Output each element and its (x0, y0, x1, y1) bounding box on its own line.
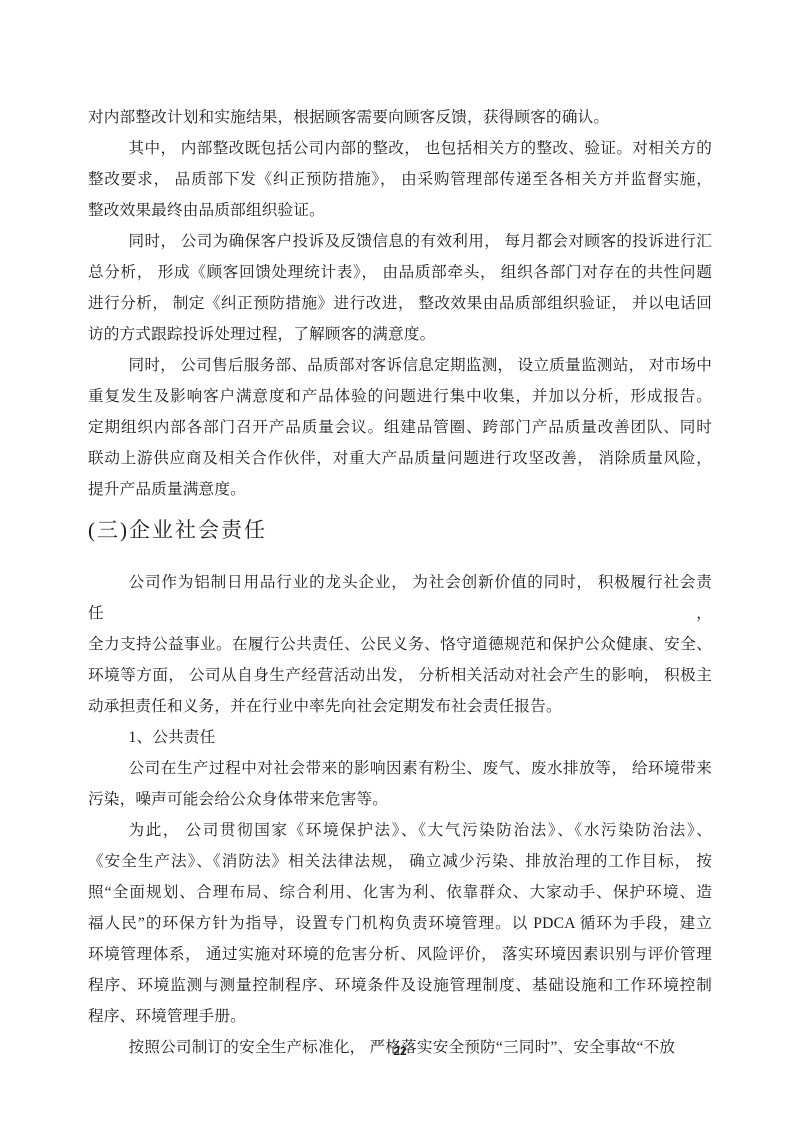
text-line: 照“全面规划、合理布局、综合利用、化害为利、依靠群众、大家动手、保护环境、造 (88, 877, 712, 908)
text-line: 进行分析， 制定《纠正预防措施》进行改进， 整改效果由品质部组织验证， 并以电话… (88, 288, 712, 319)
paragraph: 同时， 公司售后服务部、品质部对客诉信息定期监测， 设立质量监测站， 对市场中重… (88, 350, 712, 505)
paragraph: 为此， 公司贯彻国家《环境保护法》、《大气污染防治法》、《水污染防治法》、《安全… (88, 815, 712, 1032)
text-line: 《安全生产法》、《消防法》相关法律法规， 确立减少污染、排放治理的工作目标， 按 (88, 846, 712, 877)
text-line: 程序、环境监测与测量控制程序、环境条件及设施管理制度、基础设施和工作环境控制 (88, 970, 712, 1001)
page-number: 22 (393, 1044, 406, 1058)
text-line: 福人民”的环保方针为指导，设置专门机构负责环境管理。以 PDCA 循环为手段，建… (88, 908, 712, 939)
text-line: 动承担责任和义务，并在行业中率先向社会定期发布社会责任报告。 (88, 691, 712, 722)
document-page: 对内部整改计划和实施结果，根据顾客需要向顾客反馈，获得顾客的确认。其中， 内部整… (0, 0, 800, 1131)
paragraph: 同时， 公司为确保客户投诉及反馈信息的有效利用， 每月都会对顾客的投诉进行汇总分… (88, 226, 712, 350)
text-line: 重复发生及影响客户满意度和产品体验的问题进行集中收集，并加以分析，形成报告。 (88, 381, 712, 412)
text-line: 环境等方面， 公司从自身生产经营活动出发， 分析相关活动对社会产生的影响， 积极… (88, 660, 712, 691)
text-line: 对内部整改计划和实施结果，根据顾客需要向顾客反馈，获得顾客的确认。 (88, 102, 712, 133)
text-line: 环境管理体系， 通过实施对环境的危害分析、风险评价， 落实环境因素识别与评价管理 (88, 939, 712, 970)
text-line: 为此， 公司贯彻国家《环境保护法》、《大气污染防治法》、《水污染防治法》、 (88, 815, 712, 846)
text-line: 联动上游供应商及相关合作伙伴，对重大产品质量问题进行攻坚改善， 消除质量风险， (88, 443, 712, 474)
paragraph: 对内部整改计划和实施结果，根据顾客需要向顾客反馈，获得顾客的确认。 (88, 102, 712, 133)
section-heading: (三)企业社会责任 (88, 511, 712, 549)
text-line: 其中， 内部整改既包括公司内部的整改， 也包括相关方的整改、验证。对相关方的 (88, 133, 712, 164)
text-line: 1、公共责任 (88, 722, 712, 753)
page-footer: 22 (0, 1042, 800, 1060)
text-line: 整改效果最终由品质部组织验证。 (88, 195, 712, 226)
text-line: 访的方式跟踪投诉处理过程，了解顾客的满意度。 (88, 319, 712, 350)
text-line: 公司在生产过程中对社会带来的影响因素有粉尘、废气、废水排放等， 给环境带来 (88, 753, 712, 784)
text-line: 同时， 公司为确保客户投诉及反馈信息的有效利用， 每月都会对顾客的投诉进行汇 (88, 226, 712, 257)
paragraph: 公司在生产过程中对社会带来的影响因素有粉尘、废气、废水排放等， 给环境带来污染，… (88, 753, 712, 815)
text-line: 整改要求， 品质部下发《纠正预防措施》， 由采购管理部传递至各相关方并监督实施， (88, 164, 712, 195)
paragraph: 公司作为铝制日用品行业的龙头企业， 为社会创新价值的同时， 积极履行社会责任，全… (88, 567, 712, 722)
text-line: 污染，噪声可能会给公众身体带来危害等。 (88, 784, 712, 815)
text-line: 总分析， 形成《顾客回馈处理统计表》， 由品质部牵头， 组织各部门对存在的共性问… (88, 257, 712, 288)
document-body: 对内部整改计划和实施结果，根据顾客需要向顾客反馈，获得顾客的确认。其中， 内部整… (88, 102, 712, 1063)
text-line: 程序、环境管理手册。 (88, 1001, 712, 1032)
paragraph: 1、公共责任 (88, 722, 712, 753)
paragraph: 其中， 内部整改既包括公司内部的整改， 也包括相关方的整改、验证。对相关方的整改… (88, 133, 712, 226)
text-line: 定期组织内部各部门召开产品质量会议。组建品管圈、跨部门产品质量改善团队、同时 (88, 412, 712, 443)
text-line: 全力支持公益事业。在履行公共责任、公民义务、恪守道德规范和保护公众健康、安全、 (88, 629, 712, 660)
text-line: 同时， 公司售后服务部、品质部对客诉信息定期监测， 设立质量监测站， 对市场中 (88, 350, 712, 381)
text-line: 提升产品质量满意度。 (88, 474, 712, 505)
text-line: 公司作为铝制日用品行业的龙头企业， 为社会创新价值的同时， 积极履行社会责任， (88, 567, 712, 629)
